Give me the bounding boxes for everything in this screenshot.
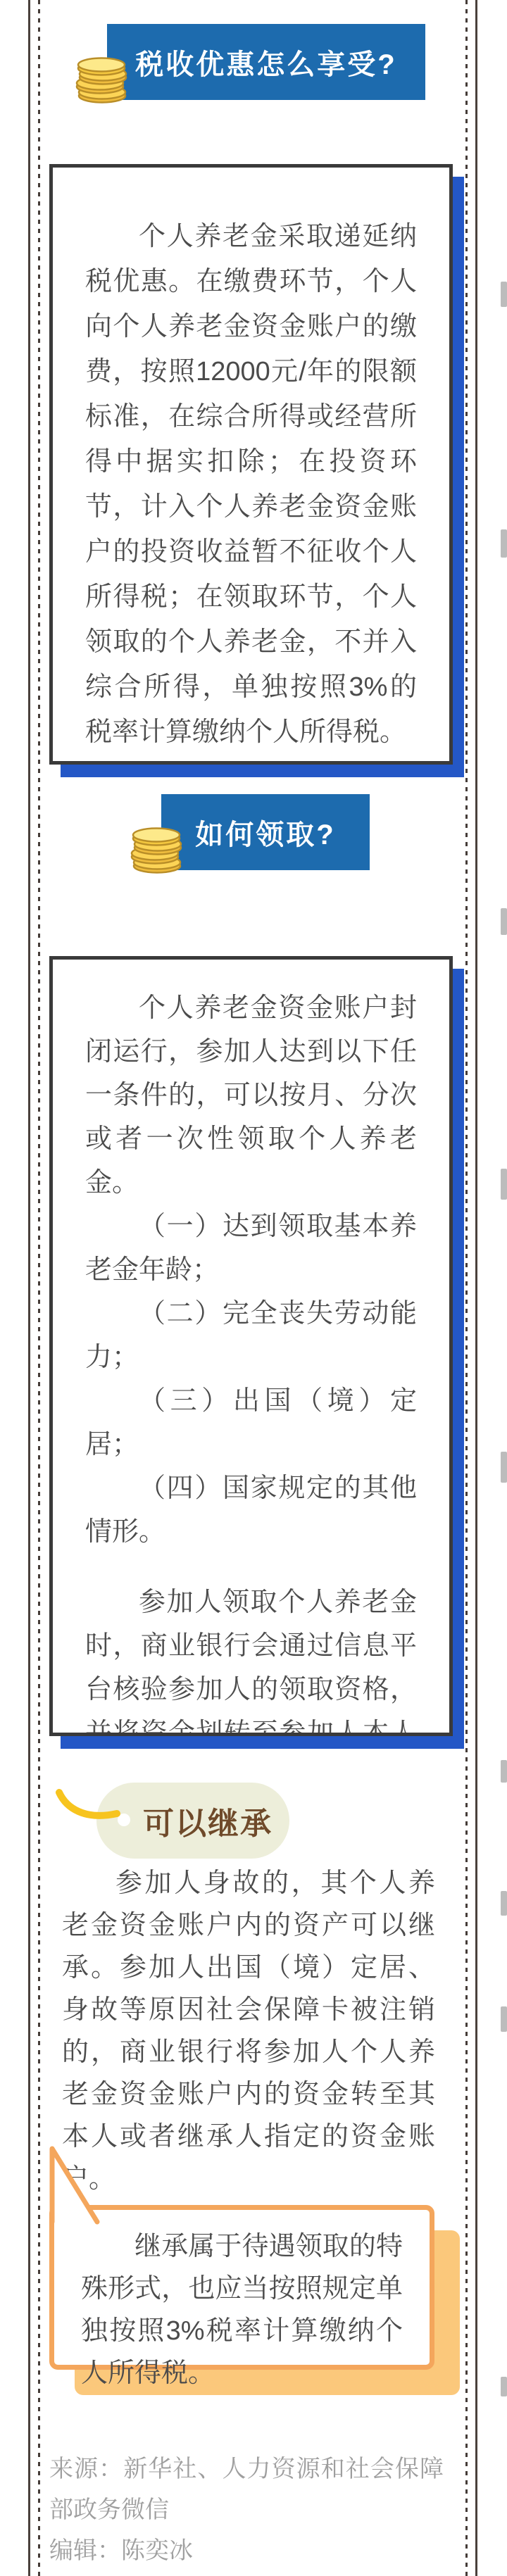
left-dashed-rule — [38, 0, 40, 2576]
withdraw-process: 参加人领取个人养老金时，商业银行会通过信息平台核验参加人的领取资格，并将资金划转… — [85, 1581, 417, 1736]
tax-benefit-panel: 个人养老金采取递延纳税优惠。在缴费环节，个人向个人养老金资金账户的缴费，按照12… — [49, 164, 453, 765]
withdraw-condition-4: （四）国家规定的其他情形。 — [85, 1466, 417, 1554]
withdraw-condition-3: （三）出国（境）定居； — [85, 1379, 417, 1466]
inherit-tag-label: 可以继承 — [143, 1783, 273, 1859]
gold-coins-stack-icon — [73, 56, 132, 108]
section-title-tax: 税收优惠怎么享受? — [135, 42, 396, 82]
withdraw-condition-1: （一）达到领取基本养老金年龄； — [85, 1205, 417, 1292]
section-header-tax: 税收优惠怎么享受? — [107, 24, 425, 100]
right-solid-rule — [475, 0, 477, 2576]
scrollbar-thumb[interactable] — [501, 529, 507, 558]
withdraw-panel: 个人养老金资金账户封闭运行，参加人达到以下任一条件的，可以按月、分次或者一次性领… — [49, 956, 453, 1736]
scrollbar-thumb[interactable] — [501, 1169, 507, 1200]
gold-coins-stack-icon — [128, 827, 187, 878]
withdraw-condition-2: （二）完全丧失劳动能力； — [85, 1292, 417, 1379]
scrollbar-thumb[interactable] — [501, 908, 507, 935]
left-solid-rule — [28, 0, 30, 2576]
section-header-withdraw: 如何领取? — [161, 794, 370, 870]
right-dashed-rule — [465, 0, 468, 2576]
callout-tail-icon — [45, 2146, 106, 2228]
yellow-swash-icon — [54, 1784, 127, 1838]
scrollbar-thumb[interactable] — [501, 1760, 507, 1783]
infographic-canvas: 税收优惠怎么享受? 个人养老金采取递延纳税优惠。在缴费环节，个人向个人养老金资金… — [0, 0, 507, 2576]
source-credit: 来源：新华社、人力资源和社会保障部政务微信 — [49, 2449, 444, 2530]
scrollbar-thumb[interactable] — [501, 2006, 507, 2032]
section-title-withdraw: 如何领取? — [195, 812, 335, 853]
editor-credit: 编辑：陈奕冰 — [49, 2530, 444, 2571]
footer-credits: 来源：新华社、人力资源和社会保障部政务微信 编辑：陈奕冰 — [49, 2449, 444, 2571]
scrollbar-thumb[interactable] — [501, 282, 507, 307]
inherit-tax-note-text: 继承属于待遇领取的特殊形式，也应当按照规定单独按照3%税率计算缴纳个人所得税。 — [81, 2225, 403, 2394]
inherit-paragraph: 参加人身故的，其个人养老金资金账户内的资产可以继承。参加人出国（境）定居、身故等… — [62, 1862, 435, 2200]
tax-benefit-text: 个人养老金采取递延纳税优惠。在缴费环节，个人向个人养老金资金账户的缴费，按照12… — [85, 214, 417, 755]
scrollbar-thumb[interactable] — [501, 2377, 507, 2396]
withdraw-intro: 个人养老金资金账户封闭运行，参加人达到以下任一条件的，可以按月、分次或者一次性领… — [85, 986, 417, 1205]
scrollbar-thumb[interactable] — [501, 1452, 507, 1483]
inherit-tax-note: 继承属于待遇领取的特殊形式，也应当按照规定单独按照3%税率计算缴纳个人所得税。 — [49, 2205, 434, 2370]
scrollbar-thumb[interactable] — [501, 1891, 507, 1916]
